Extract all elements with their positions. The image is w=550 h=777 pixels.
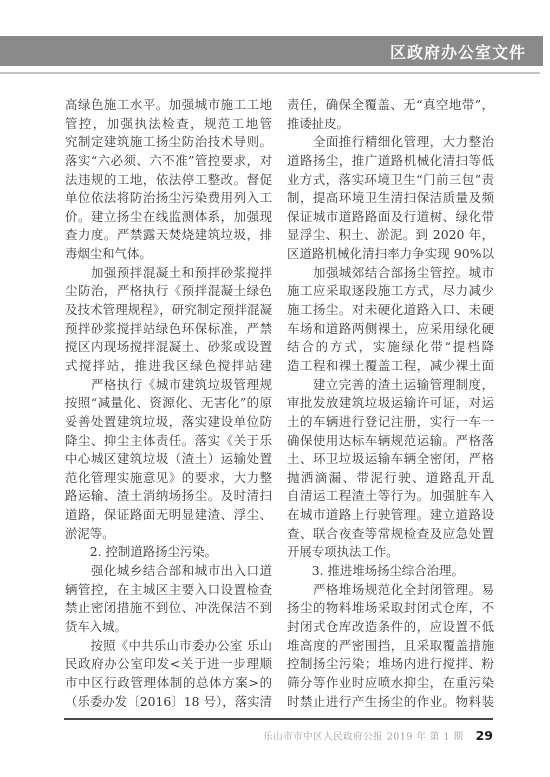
text-line: 按照“减量化、资源化、无害化”的原则: [65, 394, 272, 413]
text-line: 2. 控制道路扬尘污染。: [65, 543, 272, 562]
text-line: 货车入城。: [65, 618, 272, 637]
text-line: 预拌砂浆搅拌站绿色环保标准，严禁在禁: [65, 320, 272, 339]
text-line: 单位依法将防治扬尘污染费用列入工程造: [65, 189, 272, 208]
text-line: 3. 推进堆场扬尘综合治理。: [287, 562, 494, 581]
text-line: 抛洒滴漏、带泥行驶、道路乱开乱挖、擅: [287, 469, 494, 488]
text-line: 范化管理实施意见》的要求，大力整治道: [65, 469, 272, 488]
text-line: 显浮尘、积土、淤泥。到 2020 年，中心城: [287, 226, 494, 245]
text-line: 加强城郊结合部扬尘管控。城市道路: [287, 264, 494, 283]
text-line: 制，提高环境卫生清扫保洁质量及频率，: [287, 189, 494, 208]
text-line: 妥善处置建筑垃圾，落实建设单位防尘、: [65, 413, 272, 432]
text-line: 结合的方式，实施绿化带“提档降土”改: [287, 338, 494, 357]
text-line: 中心城区建筑垃圾（渣土）运输处置和规: [65, 450, 272, 469]
document-type-banner: 区政府办公室文件: [0, 36, 543, 66]
text-line: 强化城乡结合部和城市出入口道路车: [65, 562, 272, 581]
text-line: 毒烟尘和气体。: [65, 245, 272, 264]
text-line: 法违规的工地，依法停工整改。督促建设: [65, 171, 272, 190]
right-column: 责任，确保全覆盖、无“真空地带”，杜绝推诿扯皮。 全面推行精细化管理，大力整治城…: [287, 96, 494, 711]
text-line: 高绿色施工水平。加强城市施工工地扬尘: [65, 96, 272, 115]
banner-title: 区政府办公室文件: [390, 40, 526, 63]
text-line: 封闭式仓库改造条件的，应设置不低于料: [287, 618, 494, 637]
page-number: 29: [476, 728, 493, 743]
text-line: 辆管控，在主城区主要入口设置检查点，: [65, 581, 272, 600]
text-line: 筛分等作业时应喷水抑尘，在重污染天气: [287, 674, 494, 693]
text-line: 区道路机械化清扫率力争实现 90%以上。: [287, 245, 494, 264]
journal-title: 乐山市市中区人民政府公报 2019 年 第 1 期: [263, 732, 463, 743]
text-line: 究制定建筑施工扬尘防治技术导则。严格: [65, 133, 272, 152]
text-line: 全面推行精细化管理，大力整治城市: [287, 133, 494, 152]
text-line: 管控，加强执法检查，规范工地管理。研: [65, 115, 272, 134]
text-line: 价。建立扬尘在线监测体系，加强现场检: [65, 208, 272, 227]
text-line: 按照《中共乐山市委办公室 乐山市人: [65, 637, 272, 656]
text-line: 落实“六必须、六不准”管控要求，对违: [65, 152, 272, 171]
text-line: 淤泥等。: [65, 525, 272, 544]
text-line: 施工应采取逐段施工方式，尽力减少道路: [287, 282, 494, 301]
text-line: 查力度。严禁露天焚烧建筑垃圾，排放有: [65, 226, 272, 245]
text-line: 审批发放建筑垃圾运输许可证，对运输渣: [287, 394, 494, 413]
text-line: 责任，确保全覆盖、无“真空地带”，杜绝: [287, 96, 494, 115]
text-line: 严格执行《城市建筑垃圾管理规定》，: [65, 376, 272, 395]
text-line: 推诿扯皮。: [287, 115, 494, 134]
text-line: 搅区内现场搅拌混凝土、砂浆或设置移动: [65, 338, 272, 357]
left-column: 高绿色施工水平。加强城市施工工地扬尘管控，加强执法检查，规范工地管理。研究制定建…: [65, 96, 272, 711]
text-line: 扬尘的物料堆场采取封闭式仓库，不具备: [287, 599, 494, 618]
text-line: 控制扬尘污染；堆场内进行搅拌、粉碎、: [287, 655, 494, 674]
text-line: （乐委办发〔2016〕18 号），落实清扫保洁: [65, 693, 272, 712]
footer-divider-line: [64, 718, 493, 720]
text-line: 土的车辆进行登记注册，实行一车一证，: [287, 413, 494, 432]
text-line: 造工程和裸土覆盖工程，减少裸土面积。: [287, 357, 494, 376]
text-line: 道路扬尘，推广道路机械化清扫等低尘作: [287, 152, 494, 171]
text-line: 开展专项执法工作。: [287, 543, 494, 562]
text-line: 降尘、抑尘主体责任。落实《关于乐山市: [65, 432, 272, 451]
text-line: 确保使用达标车辆规范运输。严格落实渣: [287, 432, 494, 451]
text-line: 禁止密闭措施不到位、冲洗保洁不到位的: [65, 599, 272, 618]
text-line: 加强预拌混凝土和预拌砂浆搅拌站扬: [65, 264, 272, 283]
text-line: 施工扬尘。对未硬化道路入口、未硬化停: [287, 301, 494, 320]
text-line: 在城市道路上行驶管理。建立道路设点检: [287, 506, 494, 525]
text-line: 路运输、渣土消纳场扬尘。及时清扫冲洗: [65, 487, 272, 506]
text-line: 及技术管理规程》，研究制定预拌混凝土和: [65, 301, 272, 320]
header-divider-line: [0, 72, 540, 74]
text-line: 严格堆场规范化全封闭管理。易产生: [287, 581, 494, 600]
text-line: 保证城市道路路面及行道树、绿化带无明: [287, 208, 494, 227]
text-line: 民政府办公室印发<关于进一步理顺市与: [65, 655, 272, 674]
text-line: 道路，保证路面无明显建渣、浮尘、积土、: [65, 506, 272, 525]
text-line: 建立完善的渣土运输管理制度，严格: [287, 376, 494, 395]
text-line: 市中区行政管理体制的总体方案>的通知》: [65, 674, 272, 693]
page-footer: 乐山市市中区人民政府公报 2019 年 第 1 期 29: [64, 725, 493, 744]
text-line: 自清运工程渣土等行为。加强脏车入城和: [287, 487, 494, 506]
text-line: 式搅拌站，推进我区绿色搅拌站建设。: [65, 357, 272, 376]
text-line: 堆高度的严密围挡，且采取覆盖措施有效: [287, 637, 494, 656]
text-line: 土、环卫垃圾运输车辆全密闭，严格查处: [287, 450, 494, 469]
text-line: 查、联合夜查等常规检查及应急处置机制，: [287, 525, 494, 544]
text-line: 时禁止进行产生扬尘的作业。物料装卸配: [287, 693, 494, 712]
text-line: 尘防治，严格执行《预拌混凝土绿色生产: [65, 282, 272, 301]
text-line: 业方式，落实环境卫生“门前三包”责任: [287, 171, 494, 190]
document-body: 高绿色施工水平。加强城市施工工地扬尘管控，加强执法检查，规范工地管理。研究制定建…: [65, 96, 494, 711]
text-line: 车场和道路两侧裸土，应采用绿化硬化相: [287, 320, 494, 339]
